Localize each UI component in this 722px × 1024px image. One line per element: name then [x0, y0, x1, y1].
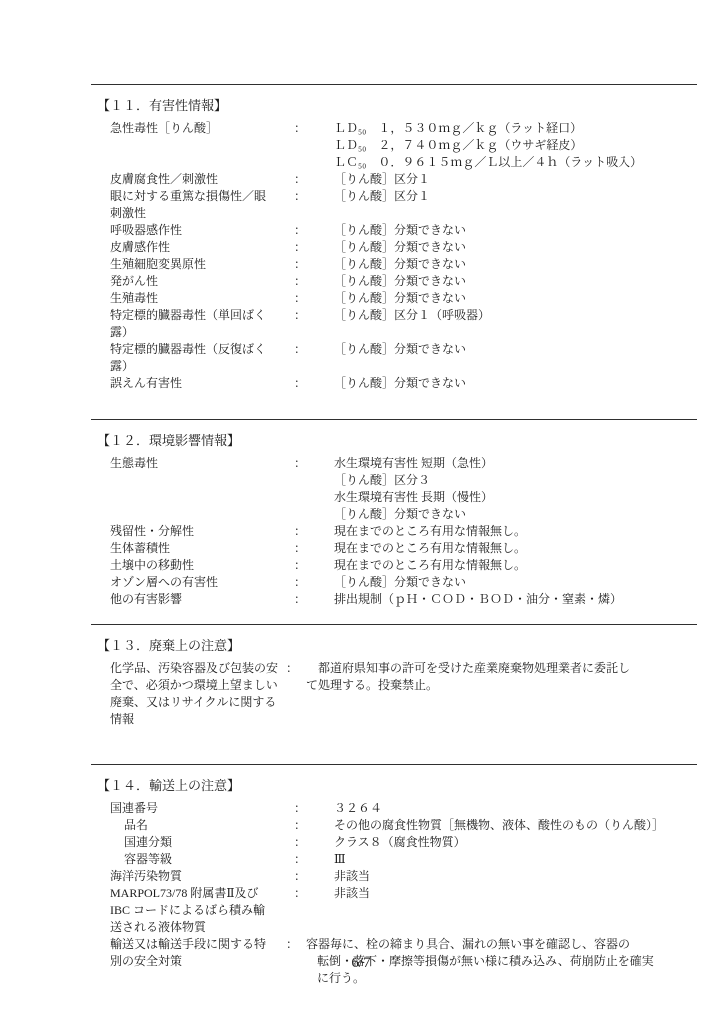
label-line: 容器等級 — [124, 851, 286, 868]
data-row: 生殖細胞変異原性：［りん酸］分類できない — [110, 256, 697, 273]
row-label: 海洋汚染物質 — [110, 868, 286, 885]
row-value: Ⅲ — [310, 851, 697, 868]
row-value: 現在までのところ有用な情報無し。 — [310, 523, 697, 540]
data-row: 皮膚腐食性／刺激性：［りん酸］区分１ — [110, 171, 697, 188]
colon-separator: ： — [286, 936, 300, 953]
value-line: ［りん酸］分類できない — [334, 341, 697, 358]
colon-separator: ： — [286, 375, 310, 392]
value-line: に行う。 — [306, 970, 697, 987]
label-line: 皮膚腐食性／刺激性 — [110, 171, 286, 188]
section-3: 【１３．廃棄上の注意】化学品、汚染容器及び包装の安全で、必須かつ環境上望ましい廃… — [91, 624, 697, 764]
data-row: 発がん性：［りん酸］分類できない — [110, 273, 697, 290]
data-row: MARPOL73/78 附属書Ⅱ及びIBC コードによるばら積み輸送される液体物… — [110, 885, 697, 936]
row-label: 品名 — [110, 817, 286, 834]
value-line: ［りん酸］分類できない — [334, 273, 697, 290]
label-line: 他の有害影響 — [110, 591, 286, 608]
data-row: 化学品、汚染容器及び包装の安全で、必須かつ環境上望ましい廃棄、又はリサイクルに関… — [110, 660, 697, 728]
colon-separator: ： — [286, 800, 310, 817]
colon-separator: ： — [286, 660, 300, 677]
row-label: 誤えん有害性 — [110, 375, 286, 392]
colon-separator: ： — [286, 307, 310, 324]
value-line: ［りん酸］分類できない — [334, 222, 697, 239]
section-title: 【１４．輸送上の注意】 — [97, 777, 697, 795]
row-value: ［りん酸］分類できない — [310, 256, 697, 273]
colon-separator: ： — [286, 574, 310, 591]
row-label: 化学品、汚染容器及び包装の安全で、必須かつ環境上望ましい廃棄、又はリサイクルに関… — [110, 660, 286, 728]
value-line: 排出規制（ｐＨ・ＣＯＤ・ＢＯＤ・油分・窒素・燐） — [334, 591, 697, 608]
label-line: 生殖細胞変異原性 — [110, 256, 286, 273]
colon-separator: ： — [286, 188, 310, 205]
row-label: 呼吸器感作性 — [110, 222, 286, 239]
row-label: 特定標的臓器毒性（単回ばく露） — [110, 307, 286, 341]
label-line: 生態毒性 — [110, 455, 286, 472]
value-line: ［りん酸］区分３ — [334, 472, 697, 489]
label-line: 急性毒性［りん酸］ — [110, 120, 286, 137]
row-value: クラス８（腐食性物質） — [310, 834, 697, 851]
value-line: ３２６４ — [334, 800, 697, 817]
section-title: 【１１．有害性情報】 — [97, 97, 697, 115]
section-1: 【１１．有害性情報】急性毒性［りん酸］：ＬＤ₅₀ １，５３０ｍｇ／ｋｇ（ラット経… — [91, 84, 697, 419]
row-value: ［りん酸］分類できない — [310, 222, 697, 239]
value-line: ＬＣ₅₀ ０．９６１５ｍｇ／Ｌ以上／４ｈ（ラット吸入） — [334, 154, 697, 171]
value-line: ［りん酸］分類できない — [334, 290, 697, 307]
row-label: 国連番号 — [110, 800, 286, 817]
value-line: 現在までのところ有用な情報無し。 — [334, 540, 697, 557]
row-value: ＬＤ₅₀ １，５３０ｍｇ／ｋｇ（ラット経口）ＬＤ₅₀ ２，７４０ｍｇ／ｋｇ（ウサ… — [310, 120, 697, 171]
data-row: 特定標的臓器毒性（単回ばく露）：［りん酸］区分１（呼吸器） — [110, 307, 697, 341]
data-row: 呼吸器感作性：［りん酸］分類できない — [110, 222, 697, 239]
row-label: 発がん性 — [110, 273, 286, 290]
colon-separator: ： — [286, 273, 310, 290]
row-value: 非該当 — [310, 885, 697, 902]
section-rows: 急性毒性［りん酸］：ＬＤ₅₀ １，５３０ｍｇ／ｋｇ（ラット経口）ＬＤ₅₀ ２，７… — [110, 120, 697, 392]
data-row: 土壌中の移動性：現在までのところ有用な情報無し。 — [110, 557, 697, 574]
label-line: 特定標的臓器毒性（単回ばく — [110, 307, 286, 324]
row-value: その他の腐食性物質［無機物、液体、酸性のもの（りん酸）］ — [310, 817, 697, 834]
row-value: 水生環境有害性 短期（急性）［りん酸］区分３水生環境有害性 長期（慢性）［りん酸… — [310, 455, 697, 523]
colon-separator: ： — [286, 540, 310, 557]
row-value: ［りん酸］分類できない — [310, 375, 697, 392]
value-line: ［りん酸］区分１（呼吸器） — [334, 307, 697, 324]
data-row: 生体蓄積性：現在までのところ有用な情報無し。 — [110, 540, 697, 557]
row-label: MARPOL73/78 附属書Ⅱ及びIBC コードによるばら積み輸送される液体物… — [110, 885, 286, 936]
value-line: ［りん酸］区分１ — [334, 171, 697, 188]
colon-separator: ： — [286, 834, 310, 851]
label-line: IBC コードによるばら積み輸 — [110, 902, 286, 919]
page-number: 6/7 — [0, 954, 722, 972]
value-line: ［りん酸］分類できない — [334, 506, 697, 523]
colon-separator: ： — [286, 222, 310, 239]
data-row: 誤えん有害性：［りん酸］分類できない — [110, 375, 697, 392]
colon-separator: ： — [286, 290, 310, 307]
value-line: 現在までのところ有用な情報無し。 — [334, 557, 697, 574]
row-value: ３２６４ — [310, 800, 697, 817]
colon-separator: ： — [286, 591, 310, 608]
label-line: 誤えん有害性 — [110, 375, 286, 392]
data-row: 品名：その他の腐食性物質［無機物、液体、酸性のもの（りん酸）］ — [110, 817, 697, 834]
row-value: 現在までのところ有用な情報無し。 — [310, 557, 697, 574]
row-label: オゾン層への有害性 — [110, 574, 286, 591]
data-row: 容器等級：Ⅲ — [110, 851, 697, 868]
label-line: 化学品、汚染容器及び包装の安 — [110, 660, 286, 677]
row-label: 急性毒性［りん酸］ — [110, 120, 286, 137]
row-label: 生殖細胞変異原性 — [110, 256, 286, 273]
label-line: 情報 — [110, 711, 286, 728]
row-label: 他の有害影響 — [110, 591, 286, 608]
row-value: 排出規制（ｐＨ・ＣＯＤ・ＢＯＤ・油分・窒素・燐） — [310, 591, 697, 608]
value-line: 容器毎に、栓の締まり具合、漏れの無い事を確認し、容器の — [306, 936, 697, 953]
label-line: 生殖毒性 — [110, 290, 286, 307]
row-label: 容器等級 — [110, 851, 286, 868]
section-rows: 生態毒性：水生環境有害性 短期（急性）［りん酸］区分３水生環境有害性 長期（慢性… — [110, 455, 697, 608]
row-value: ［りん酸］分類できない — [310, 341, 697, 358]
data-row: 他の有害影響：排出規制（ｐＨ・ＣＯＤ・ＢＯＤ・油分・窒素・燐） — [110, 591, 697, 608]
value-line: ［りん酸］区分１ — [334, 188, 697, 205]
row-label: 土壌中の移動性 — [110, 557, 286, 574]
value-line: 水生環境有害性 短期（急性） — [334, 455, 697, 472]
label-line: 国連分類 — [124, 834, 286, 851]
data-row: 国連番号：３２６４ — [110, 800, 697, 817]
data-row: 海洋汚染物質：非該当 — [110, 868, 697, 885]
document-content: 【１１．有害性情報】急性毒性［りん酸］：ＬＤ₅₀ １，５３０ｍｇ／ｋｇ（ラット経… — [91, 84, 697, 987]
row-label: 国連分類 — [110, 834, 286, 851]
data-row: オゾン層への有害性：［りん酸］分類できない — [110, 574, 697, 591]
colon-separator: ： — [286, 557, 310, 574]
value-line: Ⅲ — [334, 851, 697, 868]
label-line: 品名 — [124, 817, 286, 834]
row-value: ［りん酸］分類できない — [310, 273, 697, 290]
label-line: 土壌中の移動性 — [110, 557, 286, 574]
value-line: て処理する。投棄禁止。 — [306, 677, 697, 694]
data-row: 生態毒性：水生環境有害性 短期（急性）［りん酸］区分３水生環境有害性 長期（慢性… — [110, 455, 697, 523]
colon-separator: ： — [286, 256, 310, 273]
value-line: 非該当 — [334, 868, 697, 885]
row-value: ［りん酸］分類できない — [310, 574, 697, 591]
row-label: 生態毒性 — [110, 455, 286, 472]
value-line: その他の腐食性物質［無機物、液体、酸性のもの（りん酸）］ — [334, 817, 697, 834]
row-label: 生殖毒性 — [110, 290, 286, 307]
row-value: 現在までのところ有用な情報無し。 — [310, 540, 697, 557]
value-line: ＬＤ₅₀ ２，７４０ｍｇ／ｋｇ（ウサギ経皮） — [334, 137, 697, 154]
value-line: ［りん酸］分類できない — [334, 256, 697, 273]
row-value: ［りん酸］区分１ — [310, 171, 697, 188]
row-label: 生体蓄積性 — [110, 540, 286, 557]
row-value: 都道府県知事の許可を受けた産業廃棄物処理業者に委託して処理する。投棄禁止。 — [300, 660, 697, 694]
label-line: 皮膚感作性 — [110, 239, 286, 256]
row-value: ［りん酸］分類できない — [310, 239, 697, 256]
label-line: 刺激性 — [110, 205, 286, 222]
label-line: 露） — [110, 358, 286, 375]
value-line: クラス８（腐食性物質） — [334, 834, 697, 851]
colon-separator: ： — [286, 120, 310, 137]
value-line: 現在までのところ有用な情報無し。 — [334, 523, 697, 540]
label-line: 生体蓄積性 — [110, 540, 286, 557]
data-row: 眼に対する重篤な損傷性／眼刺激性：［りん酸］区分１ — [110, 188, 697, 222]
colon-separator: ： — [286, 341, 310, 358]
value-line: 水生環境有害性 長期（慢性） — [334, 489, 697, 506]
section-title: 【１２．環境影響情報】 — [97, 432, 697, 450]
sds-document-page: 【１１．有害性情報】急性毒性［りん酸］：ＬＤ₅₀ １，５３０ｍｇ／ｋｇ（ラット経… — [0, 0, 722, 1024]
label-line: 全で、必須かつ環境上望ましい — [110, 677, 286, 694]
data-row: 生殖毒性：［りん酸］分類できない — [110, 290, 697, 307]
data-row: 特定標的臓器毒性（反復ばく露）：［りん酸］分類できない — [110, 341, 697, 375]
label-line: MARPOL73/78 附属書Ⅱ及び — [110, 885, 286, 902]
row-value: ［りん酸］区分１（呼吸器） — [310, 307, 697, 324]
row-label: 眼に対する重篤な損傷性／眼刺激性 — [110, 188, 286, 222]
value-line: ［りん酸］分類できない — [334, 574, 697, 591]
section-title: 【１３．廃棄上の注意】 — [97, 637, 697, 655]
label-line: 送される液体物質 — [110, 919, 286, 936]
label-line: 眼に対する重篤な損傷性／眼 — [110, 188, 286, 205]
colon-separator: ： — [286, 239, 310, 256]
label-line: 残留性・分解性 — [110, 523, 286, 540]
row-value: ［りん酸］区分１ — [310, 188, 697, 205]
row-value: ［りん酸］分類できない — [310, 290, 697, 307]
colon-separator: ： — [286, 171, 310, 188]
row-label: 皮膚感作性 — [110, 239, 286, 256]
colon-separator: ： — [286, 851, 310, 868]
colon-separator: ： — [286, 817, 310, 834]
label-line: 海洋汚染物質 — [110, 868, 286, 885]
label-line: 廃棄、又はリサイクルに関する — [110, 694, 286, 711]
section-2: 【１２．環境影響情報】生態毒性：水生環境有害性 短期（急性）［りん酸］区分３水生… — [91, 419, 697, 624]
label-line: 呼吸器感作性 — [110, 222, 286, 239]
data-row: 急性毒性［りん酸］：ＬＤ₅₀ １，５３０ｍｇ／ｋｇ（ラット経口）ＬＤ₅₀ ２，７… — [110, 120, 697, 171]
label-line: 露） — [110, 324, 286, 341]
data-row: 残留性・分解性：現在までのところ有用な情報無し。 — [110, 523, 697, 540]
data-row: 国連分類：クラス８（腐食性物質） — [110, 834, 697, 851]
label-line: 発がん性 — [110, 273, 286, 290]
row-label: 残留性・分解性 — [110, 523, 286, 540]
label-line: 輸送又は輸送手段に関する特 — [110, 936, 286, 953]
colon-separator: ： — [286, 455, 310, 472]
section-rows: 化学品、汚染容器及び包装の安全で、必須かつ環境上望ましい廃棄、又はリサイクルに関… — [110, 660, 697, 728]
row-label: 特定標的臓器毒性（反復ばく露） — [110, 341, 286, 375]
row-value: 非該当 — [310, 868, 697, 885]
value-line: ［りん酸］分類できない — [334, 239, 697, 256]
value-line: ＬＤ₅₀ １，５３０ｍｇ／ｋｇ（ラット経口） — [334, 120, 697, 137]
label-line: 国連番号 — [110, 800, 286, 817]
value-line: 都道府県知事の許可を受けた産業廃棄物処理業者に委託し — [306, 660, 697, 677]
value-line: ［りん酸］分類できない — [334, 375, 697, 392]
row-label: 皮膚腐食性／刺激性 — [110, 171, 286, 188]
value-line: 非該当 — [334, 885, 697, 902]
colon-separator: ： — [286, 868, 310, 885]
label-line: オゾン層への有害性 — [110, 574, 286, 591]
colon-separator: ： — [286, 885, 310, 902]
label-line: 特定標的臓器毒性（反復ばく — [110, 341, 286, 358]
data-row: 皮膚感作性：［りん酸］分類できない — [110, 239, 697, 256]
colon-separator: ： — [286, 523, 310, 540]
